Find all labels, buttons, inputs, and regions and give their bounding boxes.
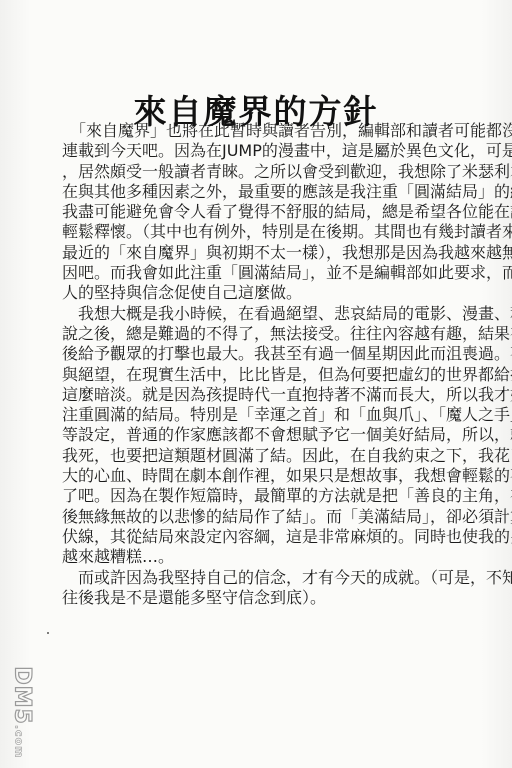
text-line: 連載到今天吧。因為在JUMP的漫畫中，這是屬於異色文化，可是不知為何 [62,141,470,161]
text-line: ，居然頗受一般讀者青睞。之所以會受到歡迎，我想除了米瑟利本身的存 [62,162,470,182]
text-line: 後給予觀眾的打擊也最大。我甚至有過一個星期因此而沮喪過。不幸 [62,344,470,364]
text-line: 人的堅持與信念促使自己這麼做。 [62,283,470,303]
text-line: 而或許因為我堅持自己的信念，才有今天的成就。（可是，不知道 [62,568,470,588]
afterword-body: 「來自魔界」也將在此暫時與讀者告別，編輯部和讀者可能都沒想到會 連載到今天吧。因… [62,121,470,608]
watermark-brand: DM5 [10,666,35,724]
text-line: 這麼暗淡。就是因為孩提時代一直抱持著不滿而長大，所以我才如此 [62,385,470,405]
text-line: 越來越糟糕…。 [62,547,470,567]
text-line: 我想大概是我小時候，在看過絕望、悲哀結局的電影、漫畫、和小 [62,304,470,324]
text-line: 最近的「來自魔界」與初期不太一樣），我想那是因為我越來越無力的原 [62,243,470,263]
text-line: 注重圓滿的結局。特別是「幸運之首」和「血與爪」、「魔人之手」 [62,405,470,425]
text-line: 我盡可能避免會令人看了覺得不舒服的結局，總是希望各位能在讀後感到 [62,202,470,222]
text-line: 了吧。因為在製作短篇時，最簡單的方法就是把「善良的主角，在最 [62,486,470,506]
scan-speck [47,632,49,634]
watermark-logo: DM5.com [4,660,44,768]
text-line: 說之後，總是難過的不得了，無法接受。往往內容越有趣，結果在最 [62,324,470,344]
text-line: 大的心血、時間在劇本創作裡，如果只是想故事，我想會輕鬆的不得 [62,466,470,486]
text-line: 與絕望，在現實生活中，比比皆是，但為何要把虛幻的世界都給搞得 [62,365,470,385]
text-line: 在與其他多種因素之外，最重要的應該是我注重「圓滿結局」的緣故吧。 [62,182,470,202]
manga-page: 來自魔界的方針 「來自魔界」也將在此暫時與讀者告別，編輯部和讀者可能都沒想到會 … [0,0,512,768]
text-line: 輕鬆釋懷。（其中也有例外，特別是在後期。其間也有幾封讀者來信，說 [62,222,470,242]
text-line: 往後我是不是還能多堅守信念到底）。 [62,588,470,608]
text-line: 因吧。而我會如此注重「圓滿結局」，並不是編輯部如此要求，而是我個 [62,263,470,283]
text-line: 等設定，普通的作家應該都不會想賦予它一個美好結局，所以，就算 [62,425,470,445]
watermark-text: DM5.com [10,666,35,758]
watermark-suffix: .com [13,725,26,759]
text-line: 「來自魔界」也將在此暫時與讀者告別，編輯部和讀者可能都沒想到會 [62,121,470,141]
text-line: 我死，也要把這類題材圓滿了結。因此，在自我約束之下，我花了很 [62,446,470,466]
text-line: 伏線，其從結局來設定內容綱，這是非常麻煩的。同時也使我的身體 [62,527,470,547]
text-line: 後無緣無故的以悲慘的結局作了結」。而「美滿結局」，卻必須計算 [62,507,470,527]
